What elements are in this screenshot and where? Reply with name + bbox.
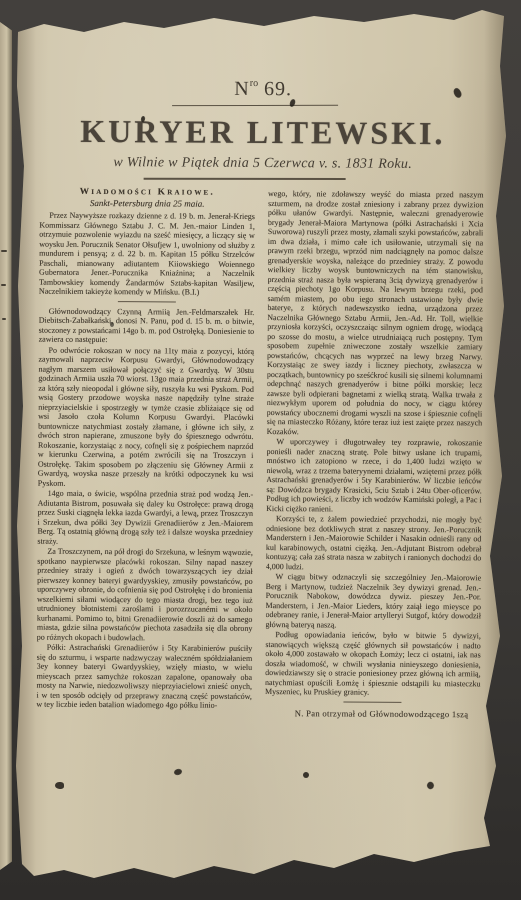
catchword-line: N. Pan otrzymał od Głównodowodzącego 1sz… [265,709,481,720]
edge-text-fragment [1,284,6,286]
article-body: Wiadomości Kraiowe. Sankt-Petersburg dni… [12,178,510,792]
body-paragraph: 14go maia, o świcie, wspólna przednia st… [37,489,253,547]
section-divider [344,701,402,702]
masthead-rule-bottom [144,178,346,180]
body-paragraph: Po odwrócie rokoszan w nocy na 11ty maia… [38,345,254,489]
adjacent-page-edge [0,22,12,870]
body-paragraph: Za Troszczynem, na pół drogi do Srzekuna… [37,547,253,643]
article-dateline: Sankt-Petersburg dnia 25 maia. [39,198,255,209]
body-paragraph: Półki: Astrachański Grenadiierów i 5ty K… [36,643,252,711]
issue-number: Nro 69. [16,76,510,102]
masthead-rule-top [172,105,338,106]
body-paragraph: Głównodowodzący Czynną Armiią Jen.-Feldm… [39,306,255,345]
left-column: Wiadomości Kraiowe. Sankt-Petersburg dni… [36,188,255,791]
ink-stain [110,322,114,327]
body-paragraph: Korzyści te, z żalem powiedzieć przychod… [266,514,482,572]
masthead-dateline: w Wilnie w Piątek dnia 5 Czerwca v. s. 1… [16,154,510,173]
body-paragraph: Przez Naywyższe rozkazy dzienne z d. 19 … [39,211,255,298]
body-paragraph: W uporczywey i długotrwałey tey rozprawi… [266,437,482,514]
scan-background: Nro 69. KURYER LITEWSKI. w Wilnie w Piąt… [0,0,521,900]
newspaper-page: Nro 69. KURYER LITEWSKI. w Wilnie w Piąt… [14,6,508,884]
ink-stain [303,772,309,778]
newspaper-title: KURYER LITEWSKI. [16,112,510,152]
issue-superscript: ro [250,78,258,89]
edge-text-fragment [1,250,7,252]
ink-stain [55,782,64,789]
issue-value: 69. [264,78,292,100]
body-paragraph: wego, który, nie zdoławszy weyść do mias… [267,189,484,437]
body-paragraph: W ciągu bitwy odznaczyli się szczególnie… [265,572,481,630]
right-column: wego, który, nie zdoławszy weyść do mias… [264,189,483,792]
issue-prefix: N [234,78,250,100]
edge-text-fragment [2,318,6,320]
masthead: Nro 69. KURYER LITEWSKI. w Wilnie w Piąt… [16,4,511,181]
section-heading: Wiadomości Kraiowe. [40,188,256,199]
section-divider [118,301,176,302]
body-paragraph: Podług opowiadania ieńców, było w bitwie… [265,630,481,698]
